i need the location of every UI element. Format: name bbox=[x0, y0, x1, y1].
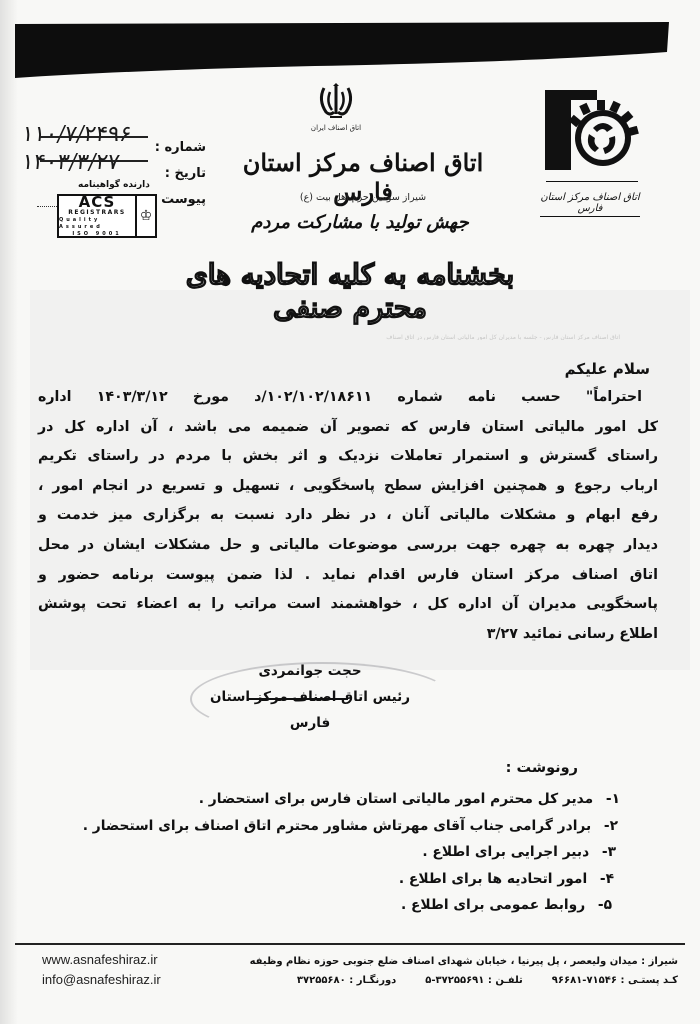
body-line: کل امور مالیاتی استان فارس که تصویر آن ض… bbox=[38, 413, 658, 443]
acs-brand: ACS bbox=[79, 195, 116, 209]
signer-title: رئیس اتاق اصناف مرکز استان فارس bbox=[210, 684, 410, 736]
number-handwritten: ۱۱۰/۷/۲۴۹۶ bbox=[20, 122, 133, 147]
date-row: تاریخ : bbox=[165, 162, 206, 184]
acs-iso-logo: ACS REGISTRARS Quality Assured ISO 9001 … bbox=[57, 194, 157, 238]
acs-iso: ISO 9001 bbox=[72, 231, 121, 238]
attachment-label: پیوست : bbox=[151, 192, 206, 207]
cc-list: ۱- مدیر کل محترم امور مالیاتی استان فارس… bbox=[60, 786, 620, 919]
body-line: رفع ابهام و مشکلات مالیاتی آنان ، در نظر… bbox=[38, 501, 658, 531]
ukas-crown-icon: ♔ bbox=[137, 196, 155, 236]
contact-numbers: کـد پستـی : ۷۱۵۴۶-۹۶۶۸۱ تلفـن : ۳۷۲۵۵۶۹۱… bbox=[250, 971, 678, 990]
date-underline bbox=[40, 160, 148, 162]
cc-item: ۱- مدیر کل محترم امور مالیاتی استان فارس… bbox=[60, 786, 620, 813]
acs-quality: Quality Assured bbox=[59, 217, 135, 231]
body-line: اطلاع رسانی نمائید ۳/۲۷ bbox=[38, 620, 658, 650]
footer-address: شیراز : میدان ولیعصر ، پل پیرنیا ، خیابا… bbox=[250, 952, 678, 990]
address-line: شیراز : میدان ولیعصر ، پل پیرنیا ، خیابا… bbox=[250, 952, 678, 971]
certificate-label: دارنده گواهینامه bbox=[78, 180, 150, 190]
email-link[interactable]: info@asnafeshiraz.ir bbox=[42, 970, 161, 990]
date-handwritten: ۱۴۰۳/۳/۲۷ bbox=[20, 150, 121, 175]
number-label: شماره : bbox=[155, 140, 206, 155]
website-link[interactable]: www.asnafeshiraz.ir bbox=[42, 950, 161, 970]
chamber-logo-caption: اتاق اصناف مرکز استان فارس bbox=[540, 192, 640, 217]
top-banner bbox=[15, 22, 669, 78]
body-line: احتراماً" حسب نامه شماره ۱۰۲/۱۰۲/۱۸۶۱۱/د… bbox=[38, 383, 658, 413]
body-line: راستای گسترش و استمرار تعاملات نزدیک و ا… bbox=[38, 442, 658, 472]
greeting: سلام علیکم bbox=[565, 360, 650, 378]
year-slogan: جهش تولید با مشارکت مردم bbox=[220, 212, 500, 233]
chamber-gear-logo-icon bbox=[545, 90, 640, 170]
fax-label: دورنگـار : bbox=[349, 975, 396, 986]
phone-label: تلفـن : bbox=[488, 975, 523, 986]
cc-item: ۵- روابط عمومی برای اطلاع . bbox=[60, 892, 620, 919]
footer-contact-web: www.asnafeshiraz.ir info@asnafeshiraz.ir bbox=[42, 950, 161, 990]
bleed-through-text: اتاق اصناف مرکز استان فارس - جلسه با مدی… bbox=[260, 334, 620, 340]
cc-title: رونوشت : bbox=[506, 760, 578, 776]
cc-item: ۳- دبیر اجرایی برای اطلاع . bbox=[60, 839, 620, 866]
acs-registrars: REGISTRARS bbox=[68, 209, 126, 217]
cc-item: ۲- برادر گرامی جناب آقای مهرتاش مشاور مح… bbox=[60, 813, 620, 840]
footer-divider bbox=[15, 943, 685, 945]
emblem-caption: اتاق اصناف ایران bbox=[296, 124, 376, 132]
number-underline bbox=[40, 136, 148, 138]
fax-number: ۳۷۲۵۵۶۸۰ bbox=[297, 975, 346, 986]
body-line: اتاق اصناف مرکز استان فارس اقدام نماید .… bbox=[38, 561, 658, 591]
phone-number: ۳۷۲۵۵۶۹۱-۵ bbox=[425, 975, 484, 986]
logo-divider bbox=[546, 181, 638, 182]
letter-page: شماره : تاریخ : پیوست : ۱۱۰/۷/۲۴۹۶ ۱۴۰۳/… bbox=[0, 0, 700, 1024]
signer-name: حجت جوانمردی bbox=[210, 658, 410, 684]
circular-headline: بخشنامه به کلیه اتحادیه های محترم صنفی bbox=[150, 258, 550, 324]
postal-label: کـد پستـی : bbox=[620, 975, 678, 986]
body-line: ارباب رجوع و همچنین افزایش سطح پاسخگویی … bbox=[38, 472, 658, 502]
signature-stroke bbox=[248, 698, 348, 700]
organization-subtitle: شیراز سومین حرم اهل بیت (ع) bbox=[230, 192, 496, 203]
letter-body: احتراماً" حسب نامه شماره ۱۰۲/۱۰۲/۱۸۶۱۱/د… bbox=[38, 383, 658, 649]
date-label: تاریخ : bbox=[165, 166, 206, 181]
cc-item: ۴- امور اتحادیه ها برای اطلاع . bbox=[60, 866, 620, 893]
body-line: پاسخگویی مدیران آن اداره کل ، خواهشمند ا… bbox=[38, 590, 658, 620]
number-row: شماره : bbox=[155, 136, 206, 158]
scan-edge-shadow bbox=[0, 0, 18, 1024]
iran-emblem-icon bbox=[316, 82, 356, 120]
postal-code: ۷۱۵۴۶-۹۶۶۸۱ bbox=[552, 975, 617, 986]
signature-block: حجت جوانمردی رئیس اتاق اصناف مرکز استان … bbox=[210, 658, 410, 736]
body-line: دیدار چهره به چهره جهت بررسی موضوعات مال… bbox=[38, 531, 658, 561]
